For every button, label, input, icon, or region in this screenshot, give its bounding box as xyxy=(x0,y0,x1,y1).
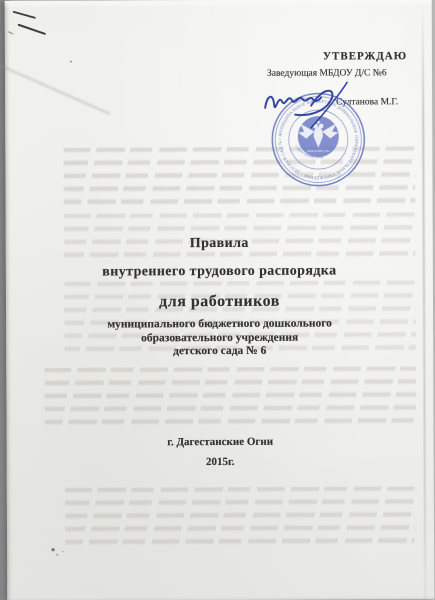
scanned-document: УТВЕРЖДАЮ Заведующая МБДОУ Д/С №6 Султан… xyxy=(0,0,435,600)
paper-sheet: УТВЕРЖДАЮ Заведующая МБДОУ Д/С №6 Султан… xyxy=(5,0,435,600)
pen-marks xyxy=(5,0,435,600)
ink-specks xyxy=(49,61,74,556)
